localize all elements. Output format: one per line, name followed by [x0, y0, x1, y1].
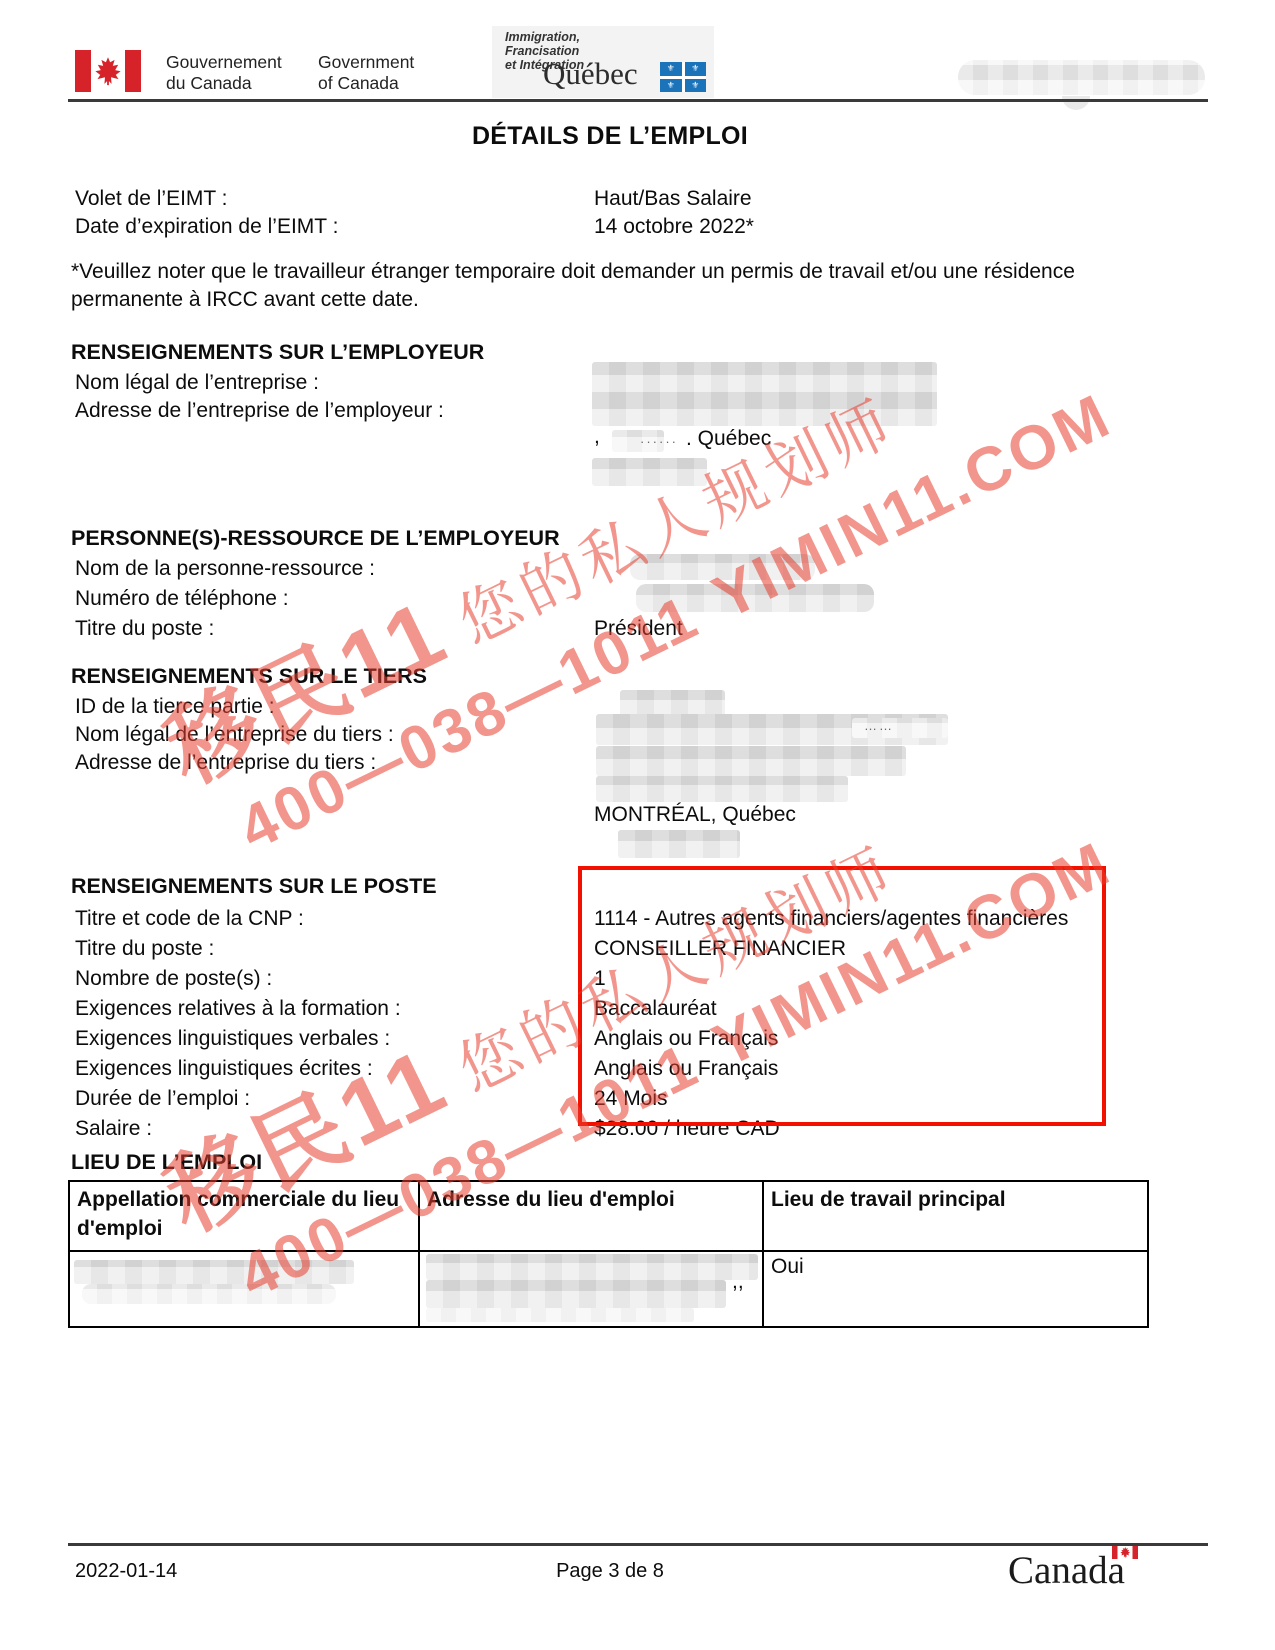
poste-formation-label: Exigences relatives à la formation :: [75, 996, 401, 1022]
table-cell-appellation: [70, 1252, 420, 1326]
section-lieu-heading: LIEU DE L’EMPLOI: [71, 1150, 262, 1175]
canada-wordmark-text: Canada: [1008, 1549, 1125, 1592]
table-header-appellation: Appellation commerciale du lieu d'emploi: [70, 1182, 420, 1250]
table-cell-adresse: ,,: [420, 1252, 764, 1326]
section-personne-heading: PERSONNE(S)-RESSOURCE DE L’EMPLOYEUR: [71, 526, 560, 551]
table-cell-principal-value: Oui: [771, 1255, 804, 1278]
redacted-stamp: [958, 60, 1205, 95]
poste-cnp-label: Titre et code de la CNP :: [75, 906, 304, 932]
table-header-adresse: Adresse du lieu d'emploi: [420, 1182, 764, 1250]
personne-titre-label: Titre du poste :: [75, 616, 214, 642]
canada-wordmark-flag-icon: [1112, 1546, 1138, 1559]
volet-eimt-value: Haut/Bas Salaire: [594, 186, 752, 212]
poste-verbales-label: Exigences linguistiques verbales :: [75, 1026, 390, 1052]
table-header-principal: Lieu de travail principal: [764, 1182, 1147, 1250]
section-poste-heading: RENSEIGNEMENTS SUR LE POSTE: [71, 874, 437, 899]
canada-wordmark: Canada: [1008, 1548, 1125, 1593]
lieu-table: Appellation commerciale du lieu d'emploi…: [68, 1180, 1149, 1328]
expiration-eimt-label: Date d’expiration de l’EIMT :: [75, 214, 338, 240]
volet-eimt-label: Volet de l’EIMT :: [75, 186, 228, 212]
tiers-adresse-label: Adresse de l’entreprise du tiers :: [75, 750, 376, 776]
page-title: DÉTAILS DE L’EMPLOI: [30, 122, 1190, 151]
redacted-block: [426, 1280, 726, 1308]
redacted-block: [426, 1308, 694, 1322]
redacted-block: [592, 458, 707, 486]
fleur-de-lis-icon: ⚜: [660, 62, 682, 76]
poste-duree-label: Durée de l’emploi :: [75, 1086, 250, 1112]
document-page: Gouvernement du Canada Government of Can…: [0, 0, 1275, 1650]
expiration-eimt-value: 14 octobre 2022*: [594, 214, 754, 240]
section-tiers-heading: RENSEIGNEMENTS SUR LE TIERS: [71, 664, 427, 689]
redacted-block: [74, 1260, 354, 1284]
redacted-block: [618, 830, 740, 858]
redacted-block: [426, 1254, 758, 1280]
highlight-box: [578, 866, 1106, 1126]
expiration-note-line2: permanente à IRCC avant cette date.: [71, 286, 419, 314]
personne-telephone-label: Numéro de téléphone :: [75, 586, 289, 612]
redacted-block: [592, 362, 937, 426]
personne-nom-label: Nom de la personne-ressource :: [75, 556, 375, 582]
poste-titre-label: Titre du poste :: [75, 936, 214, 962]
tiers-adresse-fragment: MONTRÉAL, Québec: [594, 802, 796, 828]
gov-canada-en: Government of Canada: [318, 52, 414, 94]
tiers-nom-label: Nom légal de l’entreprise du tiers :: [75, 722, 394, 748]
maple-leaf-icon: [91, 50, 125, 92]
employeur-adresse-label: Adresse de l’entreprise de l’employeur :: [75, 398, 444, 424]
quebec-wordmark: Québec: [543, 56, 638, 92]
expiration-note-line1: *Veuillez noter que le travailleur étran…: [71, 258, 1075, 286]
employeur-adresse-fragment: . Québec: [686, 426, 771, 452]
redacted-block: [620, 690, 725, 717]
tiers-nom-dots: ……: [864, 718, 894, 733]
poste-salaire-label: Salaire :: [75, 1116, 152, 1142]
employeur-adresse-dots: ······: [640, 434, 678, 449]
redacted-block: [636, 584, 874, 612]
flag-red-bar: [125, 50, 141, 92]
fleur-de-lis-icon: ⚜: [685, 79, 707, 93]
section-employeur-heading: RENSEIGNEMENTS SUR L’EMPLOYEUR: [71, 340, 484, 365]
table-row: ,, Oui: [70, 1252, 1147, 1326]
fleur-de-lis-icon: ⚜: [660, 79, 682, 93]
personne-titre-value: Président: [594, 616, 683, 642]
poste-ecrites-label: Exigences linguistiques écrites :: [75, 1056, 373, 1082]
poste-nombre-label: Nombre de poste(s) :: [75, 966, 272, 992]
canada-flag-icon: [75, 50, 141, 92]
redacted-block: [596, 776, 848, 802]
footer-rule: [68, 1543, 1208, 1546]
redacted-block: [82, 1284, 336, 1304]
gov-canada-fr: Gouvernement du Canada: [166, 52, 282, 94]
flag-red-bar: [75, 50, 91, 92]
employeur-nom-label: Nom légal de l’entreprise :: [75, 370, 319, 396]
table-cell-principal: Oui: [764, 1252, 1147, 1326]
table-header-row: Appellation commerciale du lieu d'emploi…: [70, 1182, 1147, 1252]
redacted-block: [630, 554, 815, 580]
fleur-de-lis-icon: ⚜: [685, 62, 707, 76]
employeur-adresse-comma: ,: [594, 424, 600, 450]
quebec-flag-icon: ⚜ ⚜ ⚜ ⚜: [660, 62, 706, 92]
header-rule: [68, 99, 1208, 102]
tiers-id-label: ID de la tierce partie :: [75, 694, 275, 720]
table-cell-adresse-fragment: ,,: [732, 1270, 744, 1294]
redacted-block: [596, 746, 906, 776]
